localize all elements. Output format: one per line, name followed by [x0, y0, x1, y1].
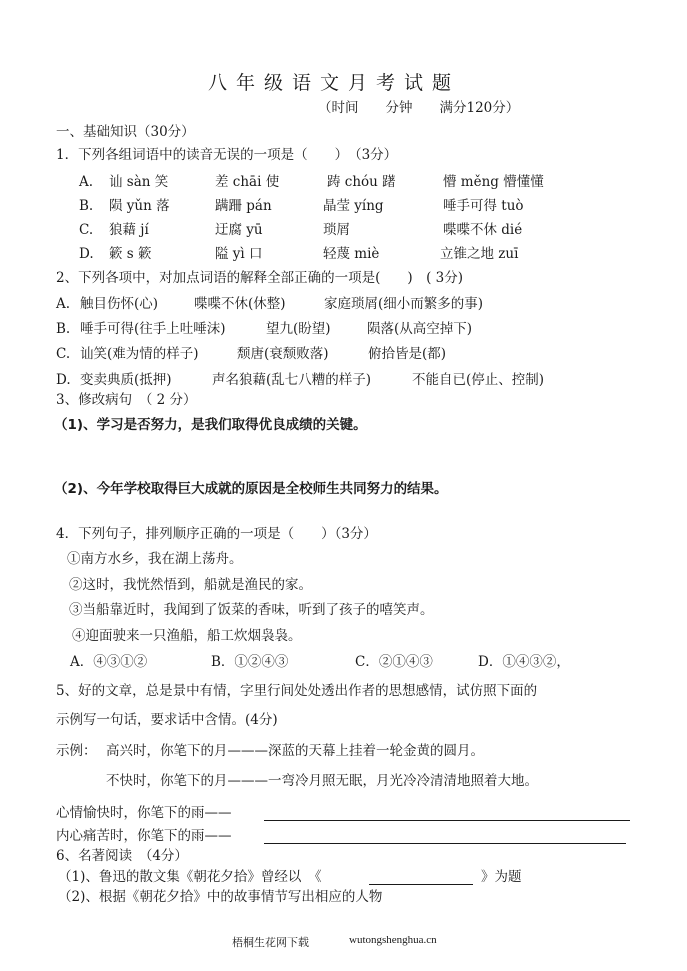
q3-stem: 3、修改病句 （ 2 分）: [56, 392, 197, 408]
q1-option-item: 琐屑: [323, 222, 350, 238]
q2-option-item: 陨落(从高空掉下): [367, 321, 472, 337]
exam-meta: （时间 分钟 满分120分）: [318, 100, 519, 116]
q4-option: B．①②④③: [211, 654, 288, 670]
q5-answer-line-2[interactable]: [264, 843, 626, 844]
q1-option-item: 懵 měng 懵懂懂: [443, 174, 544, 190]
q5-stem-line2: 示例写一句话，要求话中含情。(4分): [56, 712, 278, 728]
q2-option-item: 喋喋不休(休整): [194, 296, 286, 312]
q4-option: C．②①④③: [355, 654, 433, 670]
q1-stem: 1．下列各组词语中的读音无误的一项是（ ） （3分）: [56, 147, 397, 163]
q1-option-item: 陨 yǔn 落: [109, 198, 170, 214]
q1-option-item: 差 chāi 使: [215, 174, 279, 190]
q1-option-item: 喋喋不休 dié: [443, 222, 522, 238]
q2-stem: 2、下列各项中，对加点词语的解释全部正确的一项是( ) ( 3分): [56, 270, 463, 286]
q5-example-label: 示例：: [56, 743, 97, 759]
q1-option-item: 蹒跚 pán: [215, 198, 272, 214]
q4-sentence: ①南方水乡，我在湖上荡舟。: [67, 551, 243, 567]
footer-site-name: 梧桐生花网下载: [232, 934, 309, 950]
section-heading: 一、基础知识（30分）: [56, 124, 195, 140]
q6-stem: 6、名著阅读 （4分）: [56, 848, 188, 864]
q1-option-item: 唾手可得 tuò: [443, 198, 524, 214]
q4-stem: 4．下列句子，排列顺序正确的一项是（ ）（3分）: [56, 526, 377, 542]
q5-stem-line1: 5、好的文章，总是景中有情，字里行间处处透出作者的思想感情，试仿照下面的: [56, 683, 537, 699]
q1-option-item: 隘 yì 口: [215, 246, 263, 262]
q6-sub1-prefix: （1)、鲁迅的散文集《朝花夕拾》曾经以 《: [58, 869, 322, 885]
q5-answer-line-1[interactable]: [264, 820, 630, 821]
q1-option-label: D.: [79, 246, 94, 262]
q2-option-item: 望九(盼望): [266, 321, 331, 337]
q2-option-item: 不能自已(停止、控制): [412, 372, 544, 388]
q4-option: D．①④③②，: [478, 654, 570, 670]
q2-option-item: 俯拾皆是(都): [368, 346, 446, 362]
q1-option-item: 讪 sàn 笑: [109, 174, 168, 190]
q1-option-item: 晶莹 yíng: [323, 198, 384, 214]
footer-url[interactable]: wutongshenghua.cn: [349, 934, 437, 946]
q1-option-item: 踌 chóu 躇: [327, 174, 396, 190]
q2-option-label: A.: [56, 296, 70, 312]
q4-option: A．④③①②: [70, 654, 147, 670]
q2-option-label: B.: [56, 321, 70, 337]
q2-option-item: 讪笑(难为情的样子): [80, 346, 199, 362]
q2-option-item: 家庭琐屑(细小而繁多的事): [324, 296, 483, 312]
page-title: 八年级语文月考试题: [208, 68, 460, 95]
q3-sentence: （1)、学习是否努力，是我们取得优良成绩的关键。: [54, 413, 367, 433]
q2-option-item: 颓唐(衰颓败落): [237, 346, 329, 362]
q1-option-label: A.: [79, 174, 93, 190]
q2-option-item: 声名狼藉(乱七八糟的样子): [212, 372, 371, 388]
q4-sentence: ④迎面驶来一只渔船，船工炊烟袅袅。: [72, 628, 302, 644]
q3-sentence: （2)、今年学校取得巨大成就的原因是全校师生共同努力的结果。: [54, 477, 448, 497]
q6-sub1-suffix: 》为题: [481, 869, 522, 885]
q6-answer-line[interactable]: [369, 884, 473, 885]
q6-sub2: （2)、根据《朝花夕拾》中的故事情节写出相应的人物: [58, 889, 382, 905]
q2-option-label: C.: [56, 346, 70, 362]
q5-blank1-prompt: 心情愉快时，你笔下的雨——: [56, 805, 232, 821]
q2-option-item: 唾手可得(往手上吐唾沫): [80, 321, 226, 337]
q1-option-item: 立锥之地 zuī: [440, 246, 518, 262]
q2-option-item: 触目伤怀(心): [80, 296, 158, 312]
q1-option-item: 轻蔑 miè: [323, 246, 379, 262]
q4-sentence: ②这时，我恍然悟到，船就是渔民的家。: [69, 577, 312, 593]
q1-option-item: 迂腐 yū: [215, 222, 263, 238]
q1-option-item: 簌 s 簌: [109, 246, 152, 262]
q1-option-item: 狼藉 jí: [109, 222, 149, 238]
q5-blank2-prompt: 内心痛苦时，你笔下的雨——: [56, 828, 232, 844]
q1-option-label: C.: [79, 222, 93, 238]
q2-option-item: 变卖典质(抵押): [80, 372, 172, 388]
q1-option-label: B.: [79, 198, 93, 214]
q2-option-label: D.: [56, 372, 71, 388]
q5-example-1: 高兴时，你笔下的月———深蓝的天幕上挂着一轮金黄的圆月。: [106, 743, 484, 759]
q5-example-2: 不快时，你笔下的月———一弯冷月照无眠，月光冷冷清清地照着大地。: [106, 773, 538, 789]
q4-sentence: ③当船靠近时，我闻到了饭菜的香味，听到了孩子的嘻笑声。: [69, 602, 434, 618]
